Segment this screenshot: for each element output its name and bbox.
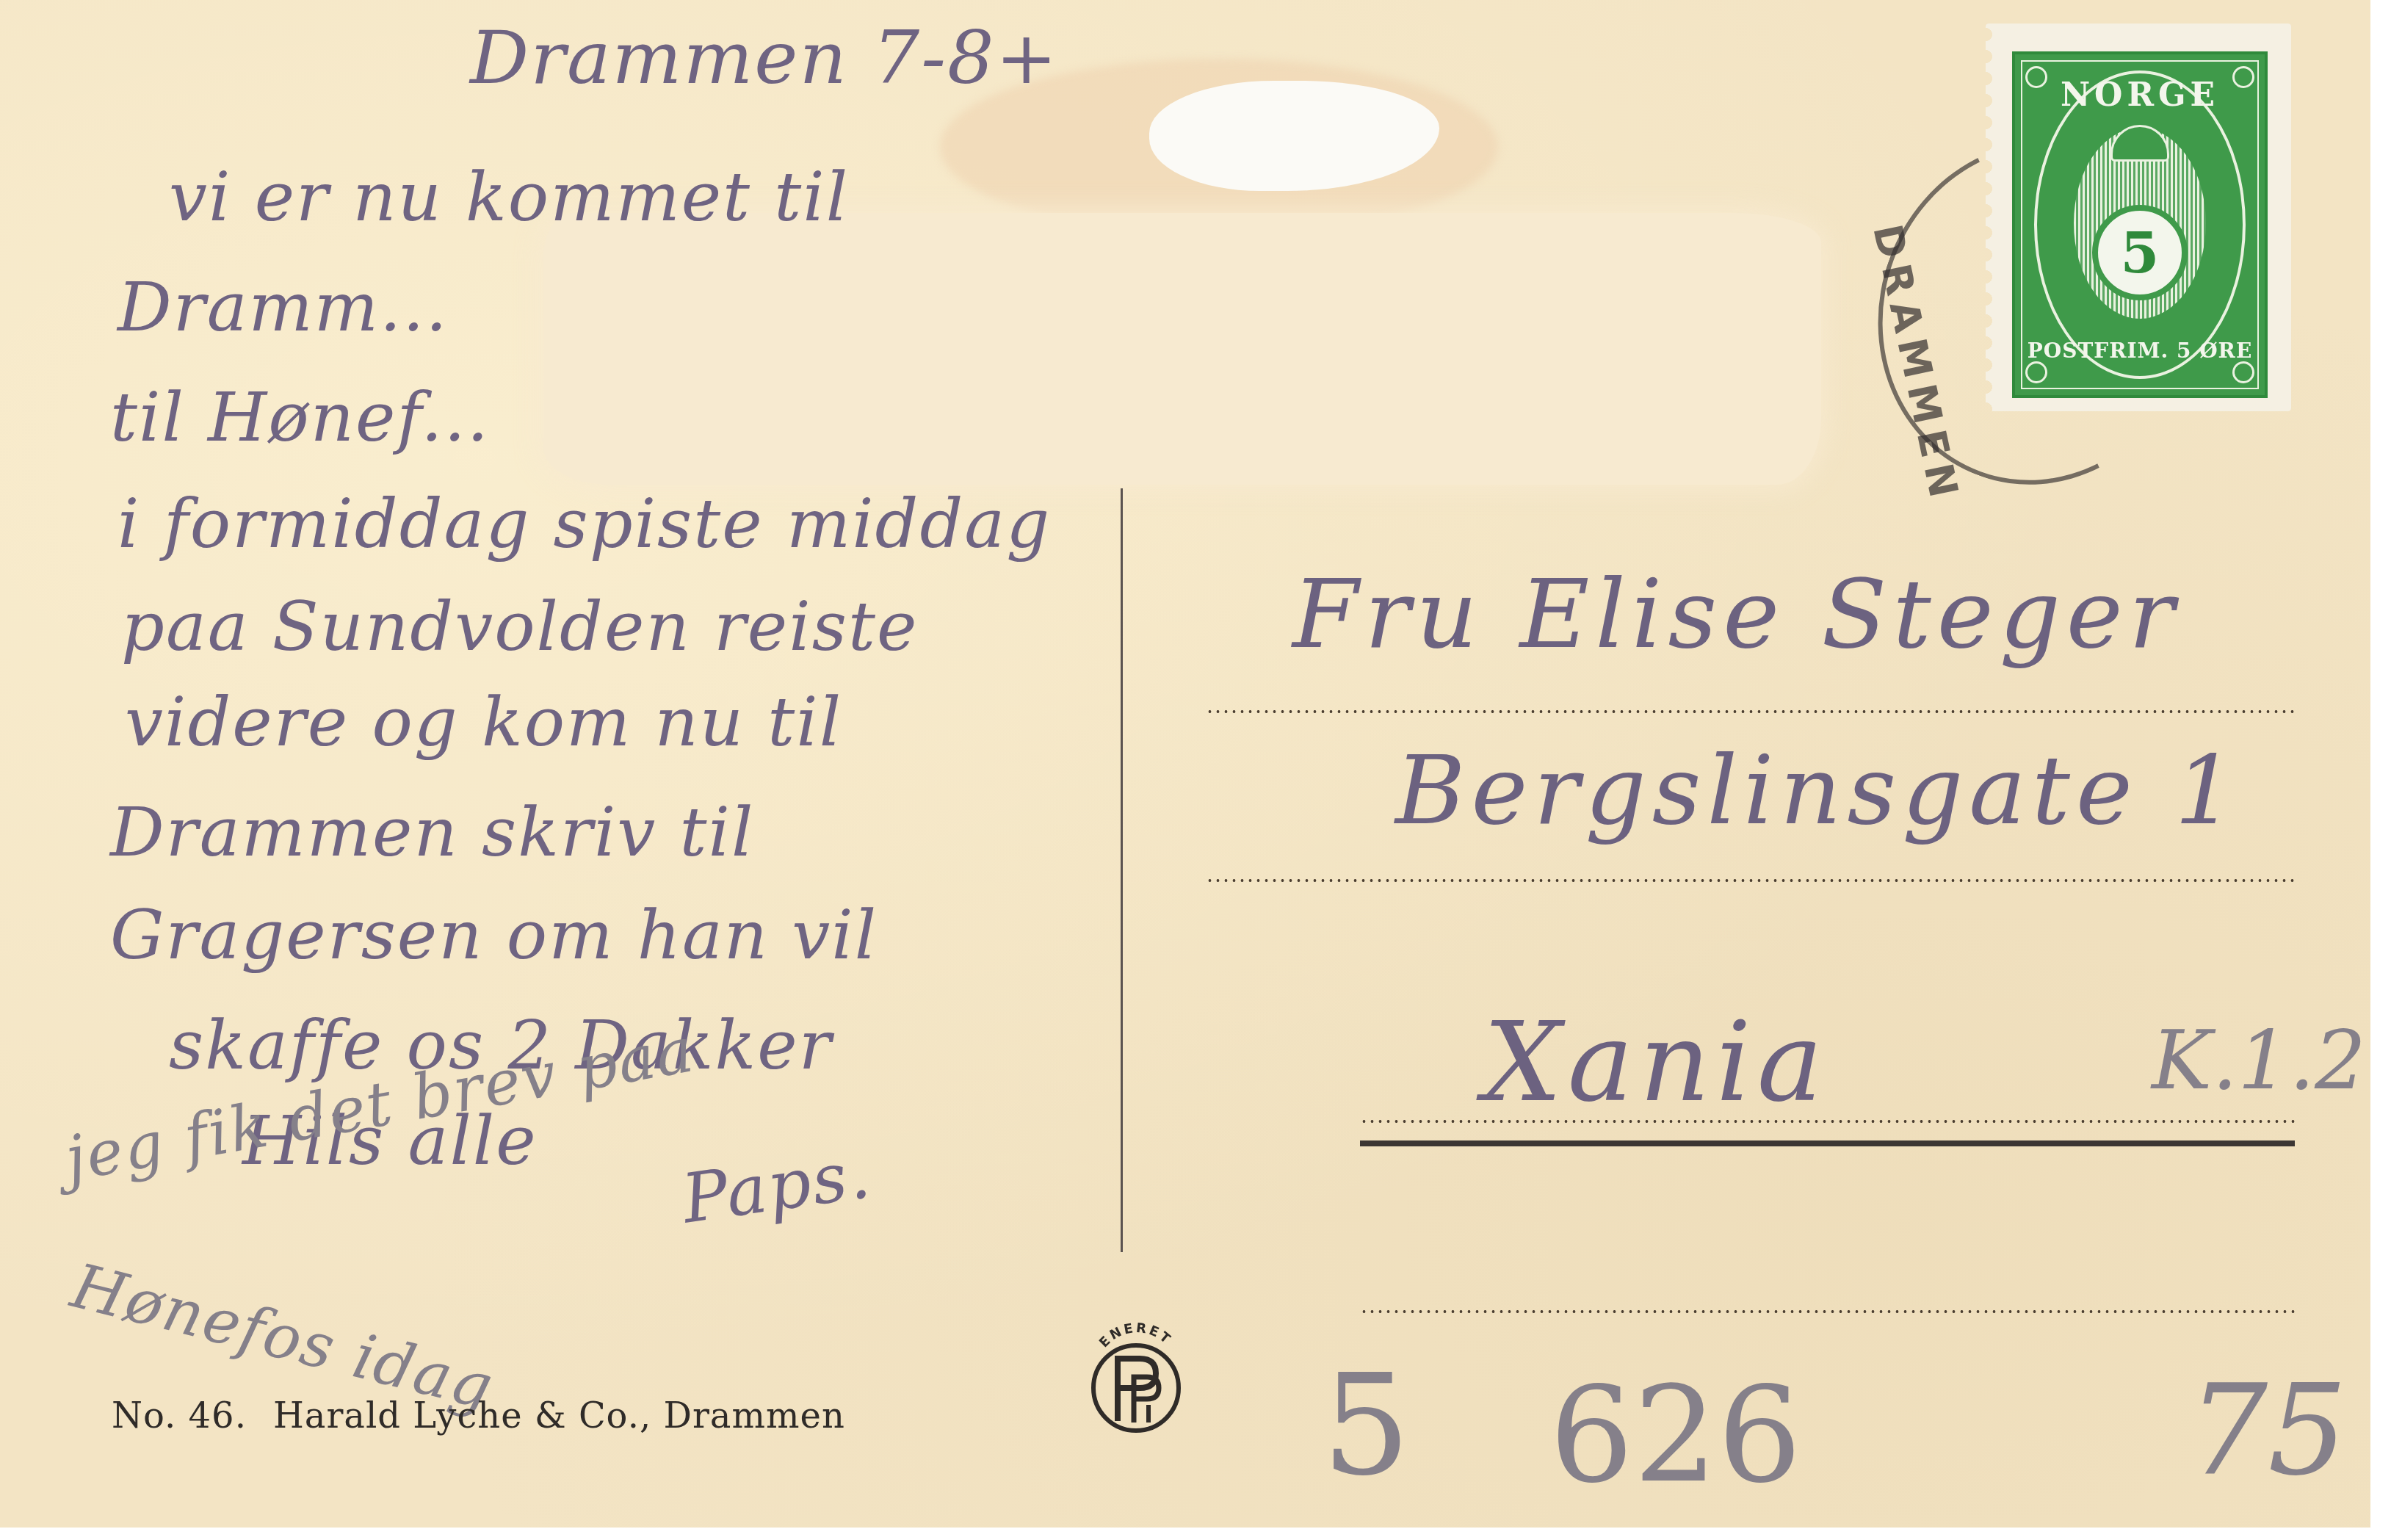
address-line-1: Fru Elise Steger (1292, 558, 2180, 670)
message-line: vi er nu kommet til (169, 158, 849, 236)
message-line: Dramm... (117, 268, 449, 347)
district-note: K.1.2 (2152, 1013, 2366, 1107)
stamp-inscription: POSTFRIM. 5 ØRE (2015, 339, 2265, 363)
message-line: Drammen skriv til (110, 793, 754, 872)
publisher-name: Harald Lyche & Co., Drammen (273, 1395, 845, 1436)
posthorn-icon: 5 (2092, 205, 2188, 300)
address-line-2: Bergslinsgate 1 (1395, 734, 2241, 846)
publisher-imprint: No. 46.Harald Lyche & Co., Drammen (112, 1395, 845, 1436)
address-dotted-line-3 (1360, 1119, 2296, 1124)
eneret-logo-icon: ENERET (1088, 1318, 1184, 1436)
message-line: videre og kom nu til (125, 683, 842, 762)
pencil-note-right: 75 (2188, 1359, 2347, 1504)
message-line: til Hønef... (110, 378, 490, 457)
address-underline (1360, 1140, 2295, 1146)
signature: Paps. (678, 1135, 876, 1239)
postcard: Drammen 7-8+ vi er nu kommet til Dramm..… (0, 0, 2370, 1528)
vertical-divider (1121, 488, 1123, 1252)
message-line: paa Sundvolden reiste (121, 588, 918, 666)
card-number: No. 46. (112, 1395, 247, 1436)
address-line-3: Xania (1483, 999, 1828, 1127)
postage-stamp: 5 NORGE POSTFRIM. 5 ØRE (2012, 51, 2268, 398)
pencil-note-left: 5 (1322, 1344, 1411, 1506)
message-line: i formiddag spiste middag (117, 485, 1051, 563)
address-dotted-line-4 (1360, 1309, 2296, 1314)
stamp-country: NORGE (2015, 76, 2265, 114)
address-dotted-line-2 (1206, 878, 2296, 883)
rosette-icon (2025, 361, 2047, 383)
rosette-icon (2232, 361, 2254, 383)
message-line: Gragersen om han vil (110, 896, 878, 975)
address-dotted-line-1 (1206, 709, 2296, 714)
stamp-value: 5 (2121, 220, 2160, 286)
pencil-note-middle: 626 (1549, 1359, 1802, 1512)
scraped-paper-area (543, 213, 1821, 485)
message-header: Drammen 7-8+ (470, 15, 1058, 101)
